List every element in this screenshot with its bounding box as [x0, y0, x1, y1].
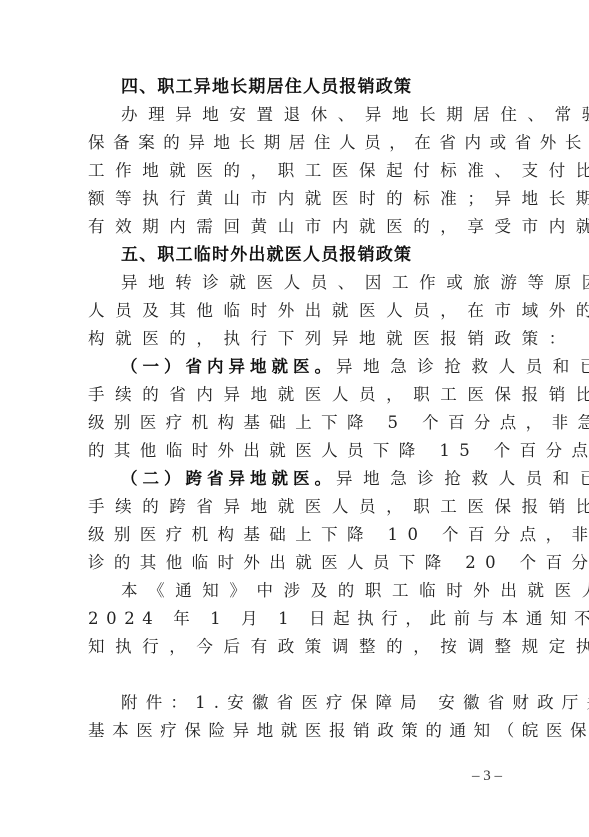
paragraph-line: 诊的其他临时外出就医人员下降 20 个百分点。	[88, 549, 504, 577]
attachment-line: 附件：1.安徽省医疗保障局 安徽省财政厅关于完善职工	[88, 689, 504, 717]
paragraph-line: 额等执行黄山市内就医时的标准；异地长期居住人员在备案	[88, 185, 504, 213]
paragraph-line: 办理异地安置退休、异地长期居住、常驻异地工作等医	[88, 101, 504, 129]
document-body: 四、职工异地长期居住人员报销政策 办理异地安置退休、异地长期居住、常驻异地工作等…	[88, 73, 504, 745]
item-1-title: （一）省内异地就医。	[121, 357, 336, 376]
document-page: 四、职工异地长期居住人员报销政策 办理异地安置退休、异地长期居住、常驻异地工作等…	[0, 0, 589, 837]
item-2-text: 异地急诊抢救人员和已办理转诊	[336, 469, 589, 488]
item-1-text: 异地急诊抢救人员和已办理转诊	[336, 357, 589, 376]
paragraph-line: 异地转诊就医人员、因工作或旅游等原因异地急诊抢救	[88, 269, 504, 297]
paragraph-line: 手续的跨省异地就医人员，职工医保报销比例在市域内相同	[88, 493, 504, 521]
paragraph-line: 的其他临时外出就医人员下降 15 个百分点。	[88, 437, 504, 465]
paragraph-line: 人员及其他临时外出就医人员，在市域外的医保定点医疗机	[88, 297, 504, 325]
item-1-first-line: （一）省内异地就医。异地急诊抢救人员和已办理转诊	[88, 353, 504, 381]
paragraph-line: 知执行，今后有政策调整的，按调整规定执行。	[88, 633, 504, 661]
item-2-title: （二）跨省异地就医。	[121, 469, 336, 488]
paragraph-line: 构就医的，执行下列异地就医报销政策：	[88, 325, 504, 353]
blank-line	[88, 661, 504, 689]
section-heading-5: 五、职工临时外出就医人员报销政策	[88, 241, 504, 269]
item-2-first-line: （二）跨省异地就医。异地急诊抢救人员和已办理转诊	[88, 465, 504, 493]
paragraph-line: 级别医疗机构基础上下降 10 个百分点，非急诊或未办理转	[88, 521, 504, 549]
page-number: – 3 –	[472, 768, 502, 785]
paragraph-line: 保备案的异地长期居住人员，在省内或省外长期居住、生活、	[88, 129, 504, 157]
paragraph-line: 手续的省内异地就医人员，职工医保报销比例在市域内相同	[88, 381, 504, 409]
paragraph-line: 有效期内需回黄山市内就医的，享受市内就医时的标准。	[88, 213, 504, 241]
section-heading-4: 四、职工异地长期居住人员报销政策	[88, 73, 504, 101]
paragraph-line: 2024 年 1 月 1 日起执行，此前与本通知不一致的，按照本通	[88, 605, 504, 633]
paragraph-line: 工作地就医的，职工医保起付标准、支付比例、最高支付限	[88, 157, 504, 185]
paragraph-line: 本《通知》中涉及的职工临时外出就医人员报销政策自	[88, 577, 504, 605]
paragraph-line: 级别医疗机构基础上下降 5 个百分点，非急诊或未办理转诊	[88, 409, 504, 437]
attachment-line: 基本医疗保险异地就医报销政策的通知（皖医保秘〔2023〕	[88, 717, 504, 745]
